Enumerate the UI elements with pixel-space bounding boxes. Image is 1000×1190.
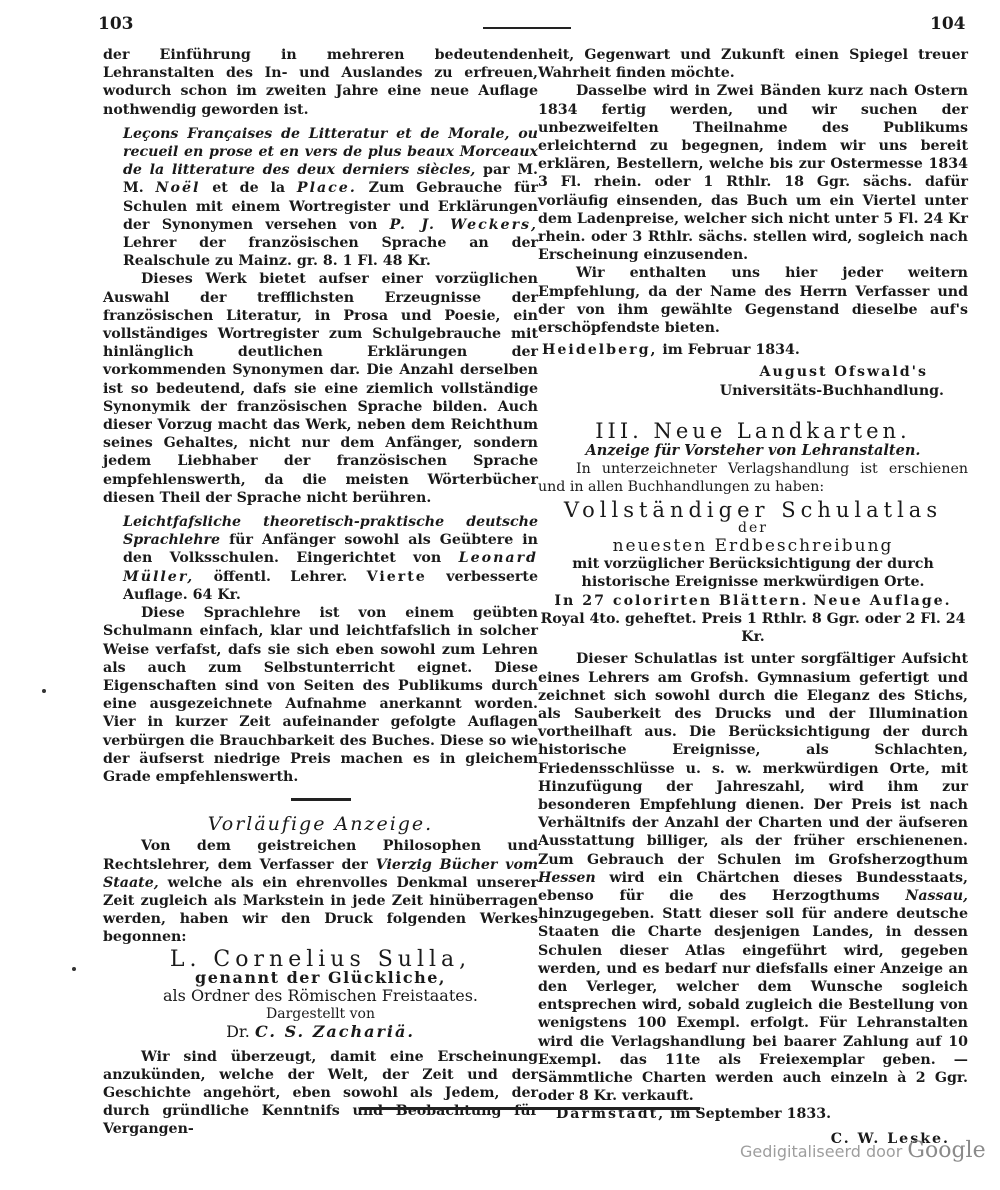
city: Heidelberg, (542, 342, 657, 358)
entry1-description: Dieses Werk bietet aufser einer vorzügli… (103, 270, 538, 507)
book-entry-lecons: Leçons Françaises de Litteratur et de Mo… (103, 125, 538, 271)
atlas-subtitle: neuesten Erdbeschreibung (538, 537, 968, 555)
publication-paragraph: Dasselbe wird in Zwei Bänden kurz nach O… (538, 82, 968, 264)
author-name: Noël (156, 180, 201, 196)
book-title: Leçons Françaises de Litteratur et de Mo… (103, 126, 538, 178)
page-number-right: 104 (930, 14, 966, 34)
text: welche als ein ehrenvolles Denkmal unser… (103, 875, 538, 946)
text: Dieser Schulatlas ist unter sorgfältiger… (538, 651, 968, 867)
signature-publisher: August Ofswald's (538, 363, 968, 381)
notice-heading: Vorläufige Anzeige. (103, 815, 538, 833)
editor-name: P. J. Weckers, (390, 217, 538, 233)
google-logo: Google (907, 1138, 985, 1163)
book-by-label: Dargestellt von (103, 1005, 538, 1023)
date: im Februar 1834. (662, 342, 799, 358)
continuation-paragraph: heit, Gegenwart und Zukunft einen Spiege… (538, 46, 968, 82)
signature-publisher-2: Universitäts-Buchhandlung. (538, 382, 968, 400)
atlas-description: Dieser Schulatlas ist unter sorgfältiger… (538, 650, 968, 1105)
place-name: Hessen (538, 870, 596, 886)
text: Dr. (226, 1022, 250, 1041)
print-speck (42, 689, 46, 693)
print-speck (72, 967, 76, 971)
author-name: C. S. Zachariä. (255, 1022, 415, 1041)
page-number-left: 103 (98, 14, 134, 34)
intro-paragraph: der Einführung in mehreren bedeutenden L… (103, 46, 538, 119)
text: hinzugegeben. Statt dieser soll für ande… (538, 906, 968, 1104)
left-column: der Einführung in mehreren bedeutenden L… (103, 46, 538, 1139)
author-name: Place. (297, 180, 357, 196)
book-title-sulla: L. Cornelius Sulla, (103, 951, 538, 969)
notice-paragraph-2: Wir sind überzeugt, damit eine Erscheinu… (103, 1048, 538, 1139)
book-subtitle: genannt der Glückliche, (103, 969, 538, 987)
atlas-intro: In unterzeichneter Verlagshandlung ist e… (538, 460, 968, 496)
section-heading-landkarten: III. Neue Landkarten. (538, 422, 968, 440)
section-separator (291, 798, 351, 801)
recommendation-paragraph: Wir enthalten uns hier jeder weitern Emp… (538, 264, 968, 337)
atlas-price: Royal 4to. geheftet. Preis 1 Rthlr. 8 Gg… (538, 610, 968, 646)
text: In 27 colorirten Blättern. (554, 593, 808, 609)
atlas-title: Vollständiger Schulatlas (538, 501, 968, 519)
right-column: heit, Gegenwart und Zukunft einen Spiege… (538, 46, 968, 1148)
atlas-sheets: In 27 colorirten Blättern. Neue Auflage. (538, 592, 968, 610)
text: Lehrer der französischen Sprache an der … (123, 235, 538, 269)
section-subheading: Anzeige für Vorsteher von Lehranstalten. (538, 442, 968, 460)
place-name: Nassau, (905, 888, 968, 904)
text: öffentl. Lehrer. (214, 569, 348, 585)
bottom-rule (360, 1107, 700, 1110)
book-subtitle-2: als Ordner des Römischen Freistaates. (103, 987, 538, 1005)
book-entry-sprachlehre: Leichtfafsliche theoretisch-praktische d… (103, 513, 538, 604)
notice-paragraph: Von dem geistreichen Philosophen und Rec… (103, 837, 538, 946)
watermark-text: Gedigitaliseerd door (740, 1142, 902, 1161)
text: Neue Auflage. (813, 593, 951, 609)
text: wird ein Chärtchen dieses Bundesstaats, … (538, 870, 968, 904)
place-date: Heidelberg, im Februar 1834. (538, 341, 968, 359)
header-rule (483, 27, 571, 29)
text: et de la (212, 180, 285, 196)
edition-label: Vierte (367, 569, 427, 585)
book-author: Dr. C. S. Zachariä. (103, 1023, 538, 1041)
entry2-description: Diese Sprachlehre ist von einem geübten … (103, 604, 538, 786)
atlas-subtitle-2: mit vorzüglicher Berücksichtigung der du… (538, 555, 968, 591)
digitization-watermark: Gedigitaliseerd door Google (740, 1138, 986, 1163)
